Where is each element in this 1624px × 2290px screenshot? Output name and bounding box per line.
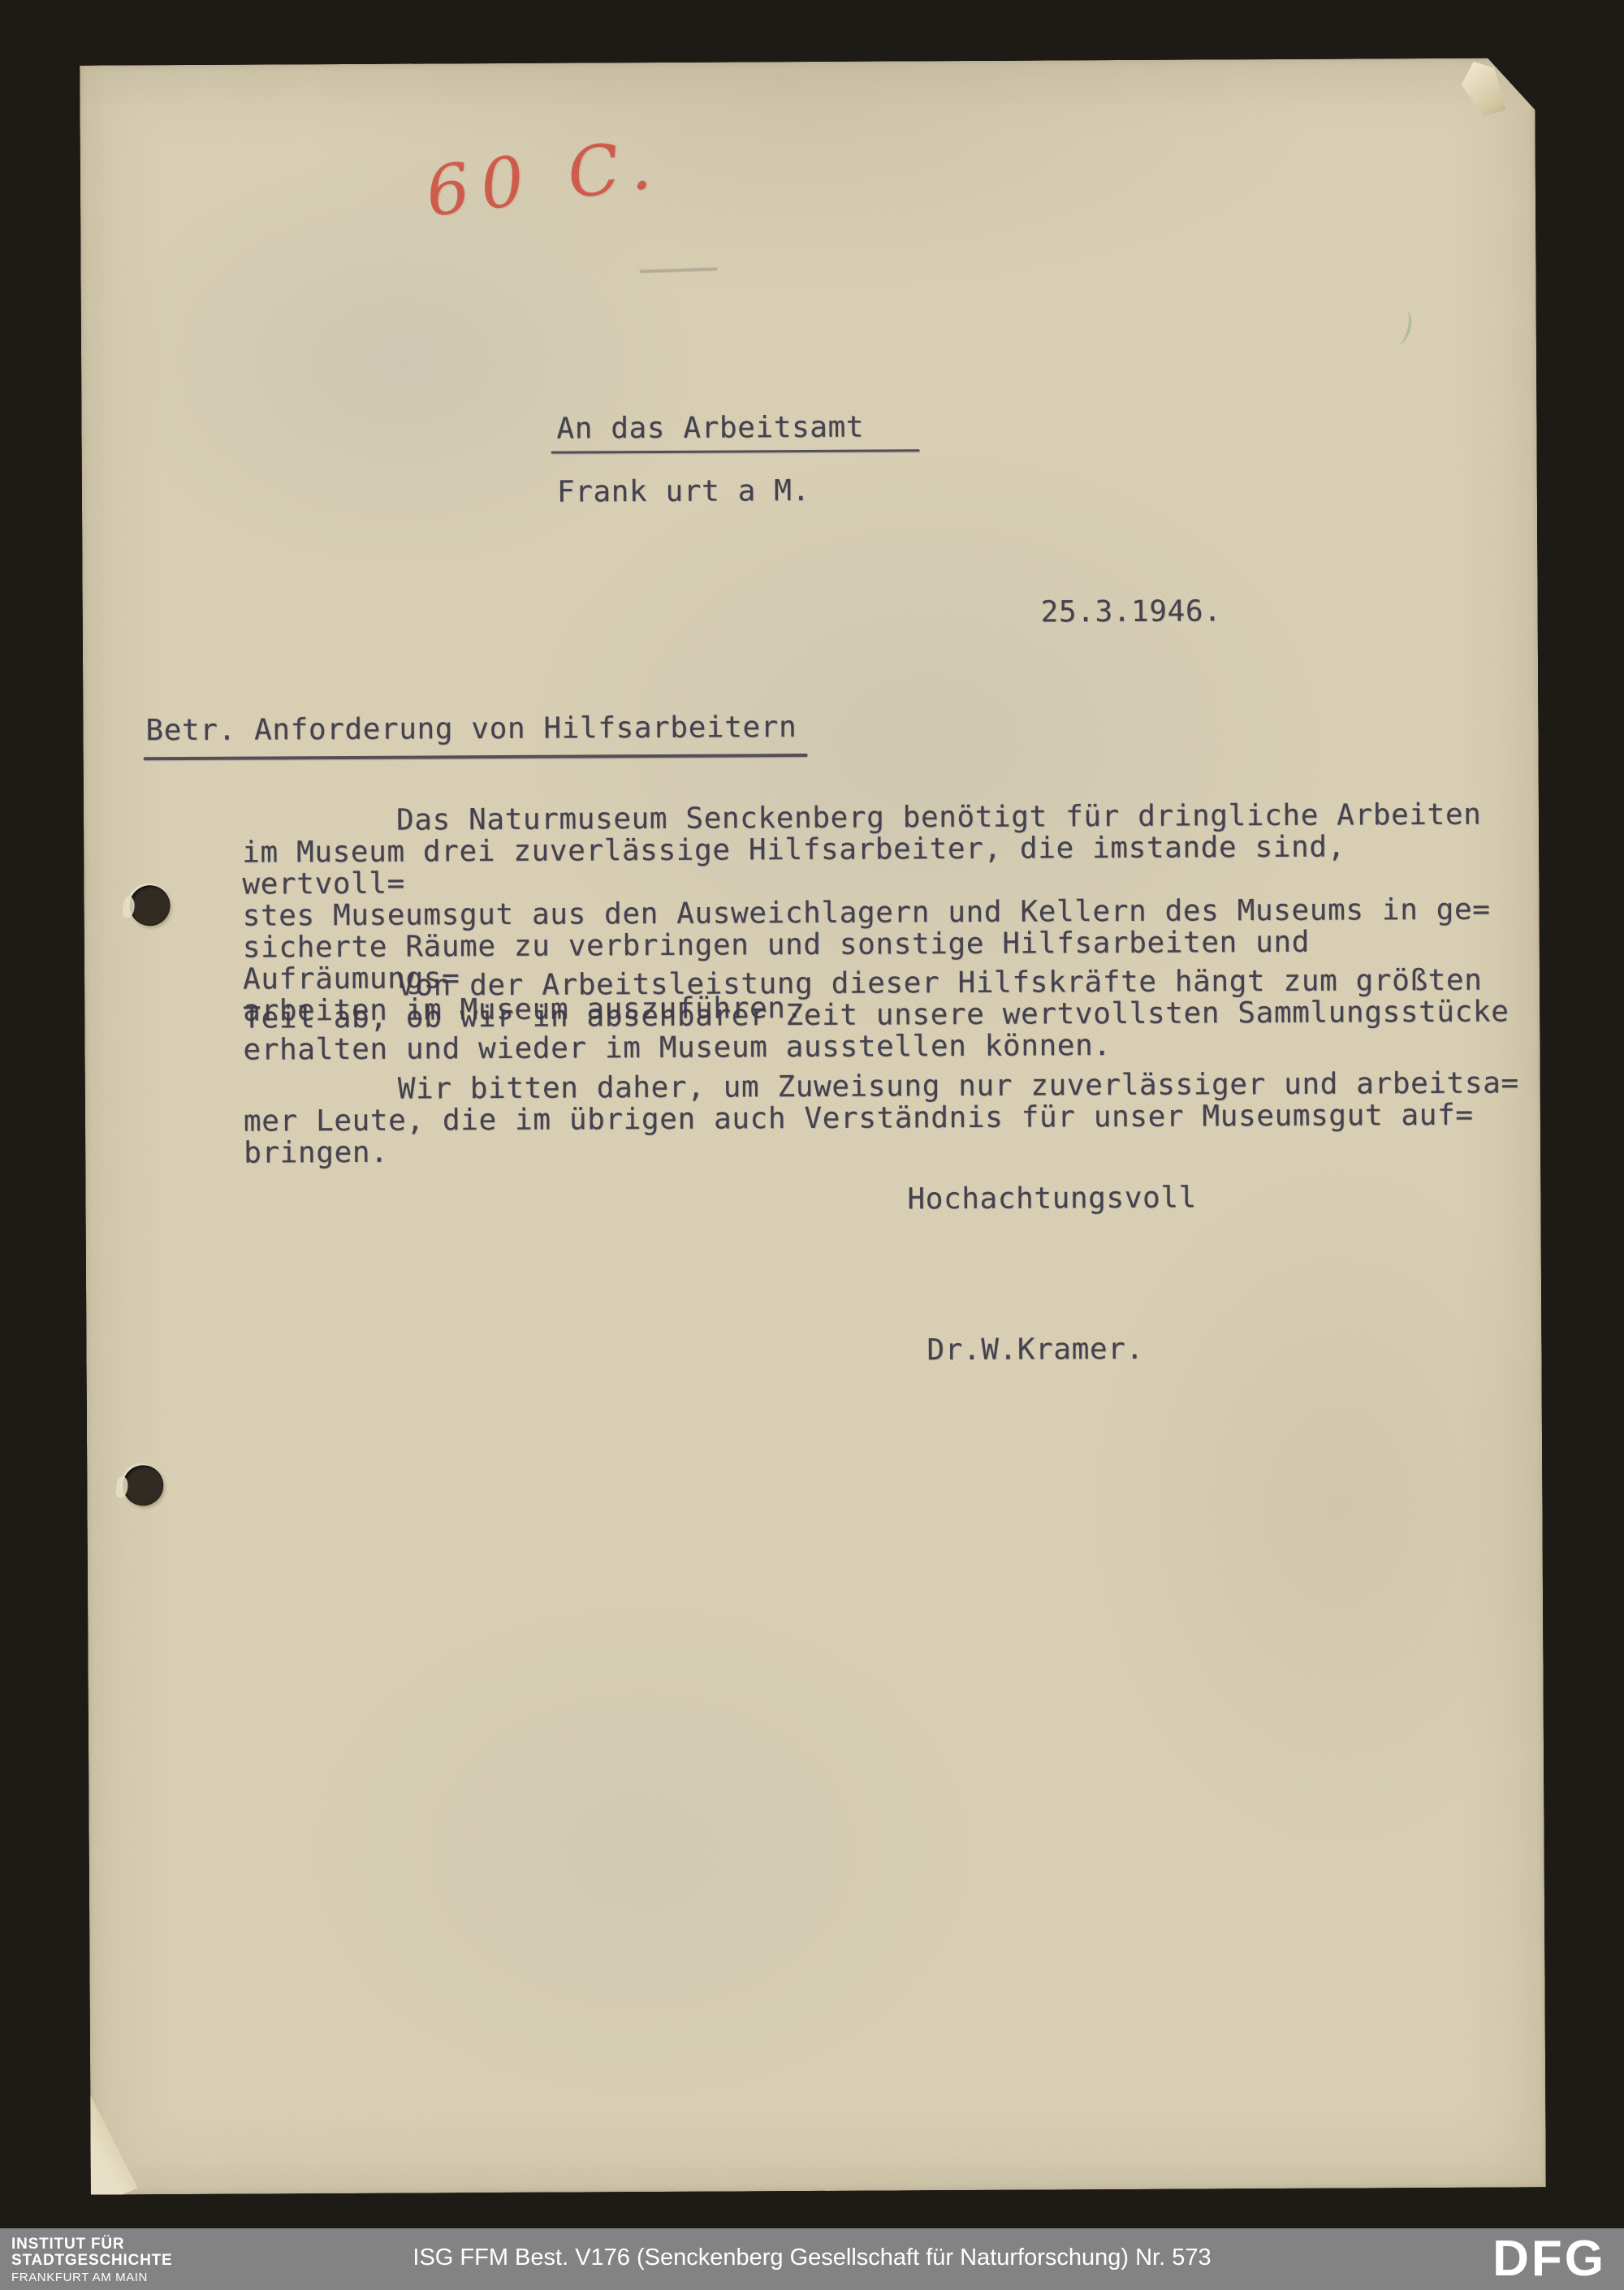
pencil-smudge (639, 267, 717, 273)
letter-date: 25.3.1946. (1041, 595, 1222, 628)
recipient-line2: Frank urt a M. (557, 475, 865, 508)
dfg-logo: DFG (1492, 2230, 1606, 2288)
archive-mark-handwritten: 60 C. (421, 123, 667, 232)
document-page: 60 C. An das Arbeitsamt Frank urt a M. 2… (80, 58, 1546, 2194)
subject-line: Betr. Anforderung von Hilfsarbeitern (145, 711, 797, 746)
paragraph-2: Von der Arbeitsleistung dieser Hilfskräf… (243, 964, 1527, 1065)
closing-salutation: Hochachtungsvoll (907, 1182, 1197, 1216)
paragraph-3: Wir bitten daher, um Zuweisung nur zuver… (244, 1067, 1527, 1169)
archive-reference: ISG FFM Best. V176 (Senckenberg Gesellsc… (0, 2245, 1624, 2271)
footer-bar: INSTITUT FÜR STADTGESCHICHTE FRANKFURT A… (0, 2228, 1624, 2290)
corner-fold-bottom-left (85, 2076, 138, 2197)
punch-hole-top (129, 885, 170, 926)
signature-name: Dr.W.Kramer. (926, 1333, 1143, 1366)
institute-line3: FRANKFURT AM MAIN (11, 2270, 172, 2286)
recipient-address: An das Arbeitsamt Frank urt a M. (556, 380, 865, 540)
punch-hole-bottom (123, 1465, 163, 1506)
ink-squiggle (1391, 309, 1414, 346)
recipient-line1: An das Arbeitsamt (556, 412, 864, 445)
subject-underline (144, 754, 808, 760)
